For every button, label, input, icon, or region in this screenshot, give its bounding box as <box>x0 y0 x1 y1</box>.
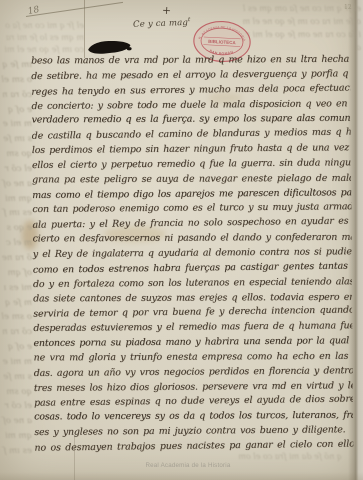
invocation-cross: + <box>162 4 172 18</box>
archival-mark-top-right: 12 <box>344 4 352 11</box>
paper-crease-line <box>26 2 123 17</box>
paper-fold-line-top <box>84 0 85 58</box>
manuscript-body: beso las manos de vra md por la mrd q me… <box>31 52 354 458</box>
manuscript-line: no os desmayen trabajos pues nacistes pa… <box>34 437 353 456</box>
manuscript-line: beso las manos de vra md por la mrd q me… <box>31 53 350 70</box>
manuscript-line: cierto en desfavorescernos ni pasando el… <box>33 231 352 248</box>
digitization-watermark: Real Academia de la Historia <box>136 462 240 469</box>
archival-mark-top-left: 18 <box>27 5 40 17</box>
ink-show-through-left-margin: ım ſe qo sm el cõ ra ne oſ qm mi es ım ſ… <box>1 58 32 456</box>
salutation-text: Ce y ca mag <box>133 18 188 30</box>
manuscript-scan-page: ım ſe qo sm el cõ ra ne oſ qm mi es ım ſ… <box>0 0 363 480</box>
salutation-superscript: t <box>188 16 191 23</box>
page-bottom-edge-shadow <box>0 472 363 480</box>
salutation-heading: Ce y ca magt <box>133 16 191 30</box>
manuscript-line: cosas. todo lo vencereys sy os da q todo… <box>34 409 353 426</box>
manuscript-line: grana pa este peligro se auya de navegar… <box>32 172 351 189</box>
ink-show-through-top-left: el ſr q mi co ne ſa om qm es lo ſe mi ra… <box>0 20 84 56</box>
manuscript-line: ne vra md gloria y triunfo enesta empres… <box>34 350 353 367</box>
